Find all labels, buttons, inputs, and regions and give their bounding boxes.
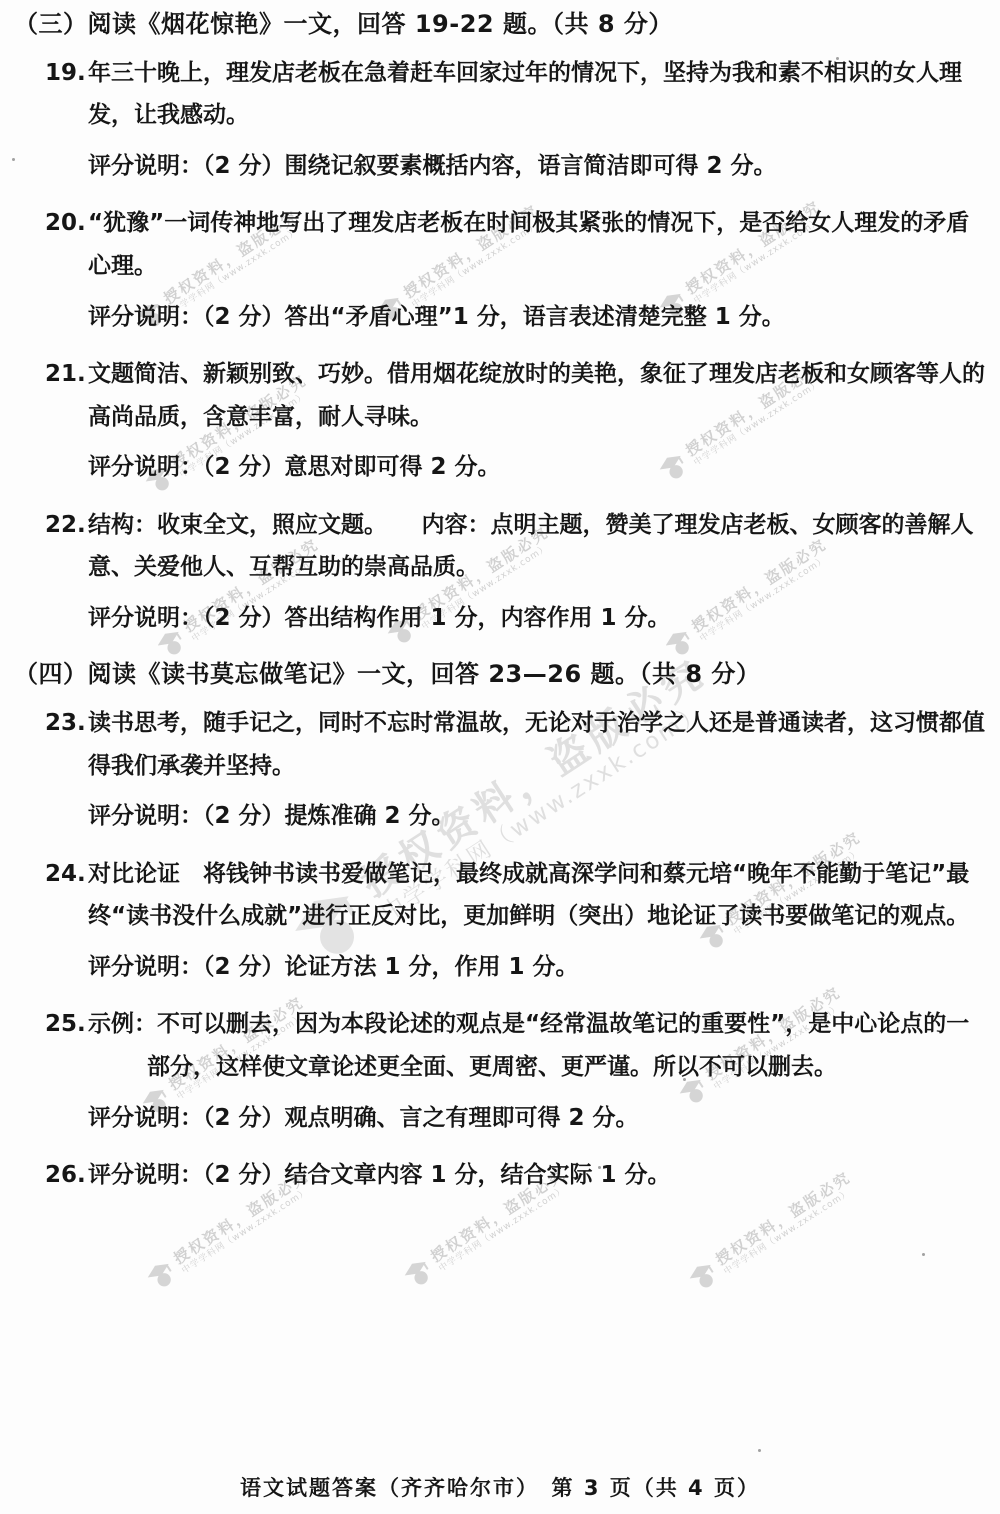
answer-key-content: （三）阅读《烟花惊艳》一文，回答 19-22 题。（共 8 分） 19. 年三十…: [14, 4, 986, 1212]
answer-text: “犹豫”一词传神地写出了理发店老板在时间极其紧张的情况下，是否给女人理发的矛盾心…: [88, 202, 986, 287]
answer-item-25: 25. 示例：不可以删去，因为本段论述的观点是“经常温故笔记的重要性”，是中心论…: [45, 1003, 986, 1139]
scoring-note: 评分说明：（2 分）围绕记叙要素概括内容，语言简洁即可得 2 分。: [88, 145, 986, 188]
scoring-note: 评分说明：（2 分）观点明确、言之有理即可得 2 分。: [88, 1097, 986, 1140]
scoring-note: 评分说明：（2 分）意思对即可得 2 分。: [88, 446, 986, 489]
scan-speck: [758, 1449, 761, 1452]
answer-text: 年三十晚上，理发店老板在急着赶车回家过年的情况下，坚持为我和素不相识的女人理发，…: [88, 52, 986, 137]
answer-item-23: 23. 读书思考，随手记之，同时不忘时常温故，无论对于治学之人还是普通读者，这习…: [45, 702, 986, 838]
item-number: 21.: [45, 353, 88, 489]
zxxk-logo-icon: [398, 1254, 439, 1295]
scanned-answer-page: 授权资料，盗版必究中学学科网（www.zxxk.com） 授权资料，盗版必究中学…: [0, 0, 1000, 1514]
item-number: 19.: [45, 52, 88, 188]
item-number: 20.: [45, 202, 88, 338]
answer-item-22: 22. 结构：收束全文，照应文题。 内容：点明主题，赞美了理发店老板、女顾客的善…: [45, 504, 986, 640]
answer-item-19: 19. 年三十晚上，理发店老板在急着赶车回家过年的情况下，坚持为我和素不相识的女…: [45, 52, 986, 188]
section-3: （三）阅读《烟花惊艳》一文，回答 19-22 题。（共 8 分） 19. 年三十…: [14, 4, 986, 639]
scoring-note: 评分说明：（2 分）答出“矛盾心理”1 分，语言表述清楚完整 1 分。: [88, 296, 986, 339]
section-heading: （四）阅读《读书莫忘做笔记》一文，回答 23—26 题。（共 8 分）: [14, 654, 986, 695]
item-number: 25.: [45, 1003, 88, 1139]
item-number: 22.: [45, 504, 88, 640]
answer-text: 示例：不可以删去，因为本段论述的观点是“经常温故笔记的重要性”，是中心论点的一部…: [88, 1003, 986, 1088]
zxxk-logo-icon: [141, 1256, 182, 1297]
answer-text: 文题简洁、新颖别致、巧妙。借用烟花绽放时的美艳，象征了理发店老板和女顾客等人的高…: [88, 353, 986, 438]
zxxk-logo-icon: [683, 1257, 724, 1298]
scoring-note: 评分说明：（2 分）论证方法 1 分，作用 1 分。: [88, 946, 986, 989]
answer-item-24: 24. 对比论证 将钱钟书读书爱做笔记，最终成就高深学问和蔡元培“晚年不能勤于笔…: [45, 853, 986, 989]
scoring-note: 评分说明：（2 分）答出结构作用 1 分，内容作用 1 分。: [88, 597, 986, 640]
answer-text: 结构：收束全文，照应文题。 内容：点明主题，赞美了理发店老板、女顾客的善解人意、…: [88, 504, 986, 589]
answer-item-26: 26. 评分说明：（2 分）结合文章内容 1 分，结合实际 1 分。: [45, 1154, 986, 1197]
section-heading: （三）阅读《烟花惊艳》一文，回答 19-22 题。（共 8 分）: [14, 4, 986, 45]
item-number: 24.: [45, 853, 88, 989]
answer-item-20: 20. “犹豫”一词传神地写出了理发店老板在时间极其紧张的情况下，是否给女人理发…: [45, 202, 986, 338]
item-number: 26.: [45, 1154, 88, 1197]
section-4: （四）阅读《读书莫忘做笔记》一文，回答 23—26 题。（共 8 分） 23. …: [14, 654, 986, 1196]
answer-text: 读书思考，随手记之，同时不忘时常温故，无论对于治学之人还是普通读者，这习惯都值得…: [88, 702, 986, 787]
page-footer: 语文试题答案（齐齐哈尔市） 第 3 页（共 4 页）: [0, 1472, 1000, 1502]
item-number: 23.: [45, 702, 88, 838]
scan-speck: [922, 1253, 925, 1256]
answer-text: 对比论证 将钱钟书读书爱做笔记，最终成就高深学问和蔡元培“晚年不能勤于笔记”最终…: [88, 853, 986, 938]
scoring-note: 评分说明：（2 分）结合文章内容 1 分，结合实际 1 分。: [88, 1154, 986, 1197]
answer-item-21: 21. 文题简洁、新颖别致、巧妙。借用烟花绽放时的美艳，象征了理发店老板和女顾客…: [45, 353, 986, 489]
scoring-note: 评分说明：（2 分）提炼准确 2 分。: [88, 795, 986, 838]
